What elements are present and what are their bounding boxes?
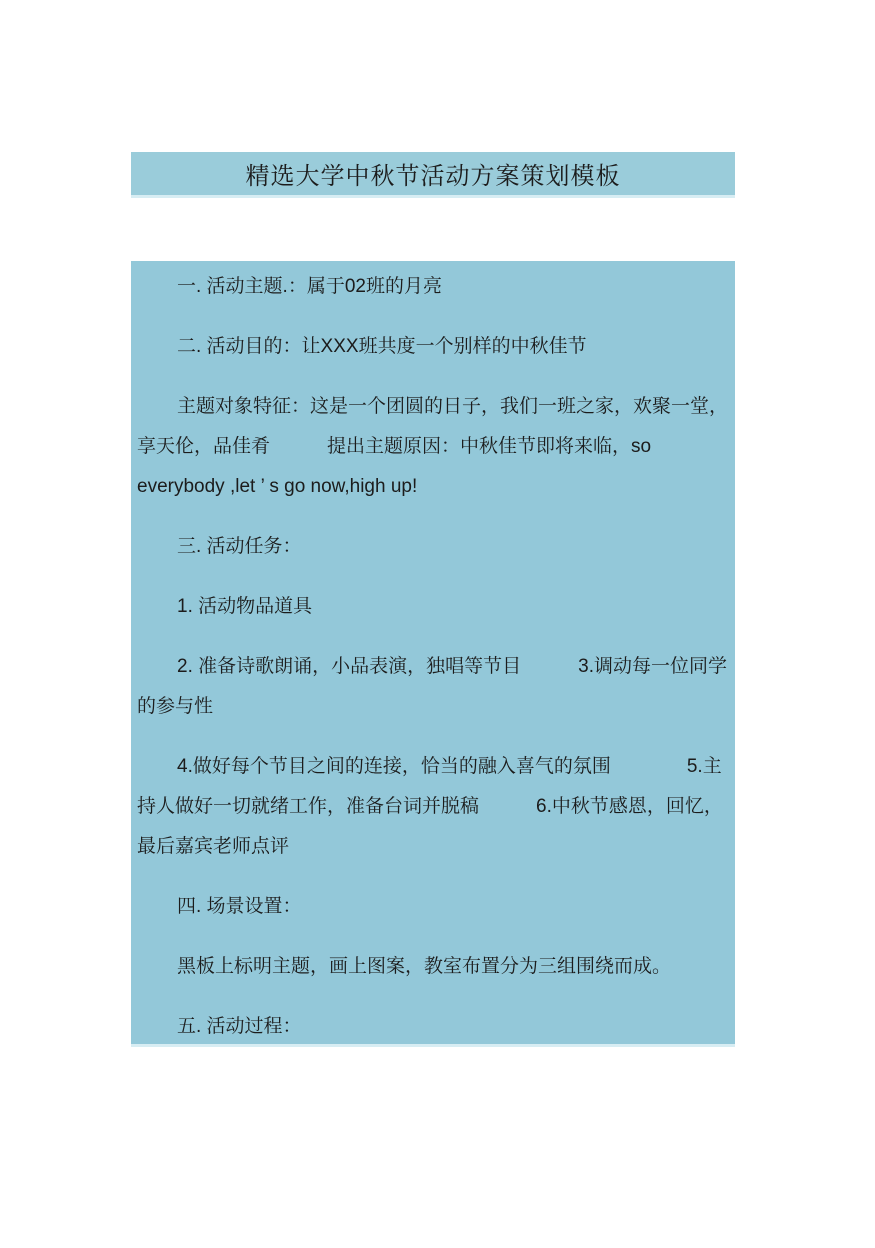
paragraph-theme-description: 主题对象特征：这是一个团圆的日子，我们一班之家，欢聚一堂，享天伦，品佳肴 提出主… bbox=[137, 387, 729, 507]
document-title: 精选大学中秋节活动方案策划模板 bbox=[246, 156, 621, 191]
paragraph-task-2-3: 2. 准备诗歌朗诵，小品表演，独唱等节目 3.调动每一位同学的参与性 bbox=[137, 647, 729, 727]
document-body-panel: 一. 活动主题.：属于02班的月亮 二. 活动目的：让XXX班共度一个别样的中秋… bbox=[131, 261, 735, 1047]
paragraph-scene-setting: 四. 场景设置： bbox=[137, 887, 729, 927]
paragraph-activity-theme: 一. 活动主题.：属于02班的月亮 bbox=[137, 267, 729, 307]
document-page: 精选大学中秋节活动方案策划模板 一. 活动主题.：属于02班的月亮 二. 活动目… bbox=[0, 0, 875, 1248]
paragraph-scene-detail: 黑板上标明主题，画上图案，教室布置分为三组围绕而成。 bbox=[137, 947, 729, 987]
paragraph-activity-purpose: 二. 活动目的：让XXX班共度一个别样的中秋佳节 bbox=[137, 327, 729, 367]
paragraph-task-1: 1. 活动物品道具 bbox=[137, 587, 729, 627]
paragraph-task-4-5-6: 4.做好每个节目之间的连接，恰当的融入喜气的氛围 5.主持人做好一切就绪工作，准… bbox=[137, 747, 729, 867]
document-title-bar: 精选大学中秋节活动方案策划模板 bbox=[131, 152, 735, 198]
paragraph-activity-process: 五. 活动过程： bbox=[137, 1007, 729, 1047]
paragraph-activity-tasks: 三. 活动任务： bbox=[137, 527, 729, 567]
